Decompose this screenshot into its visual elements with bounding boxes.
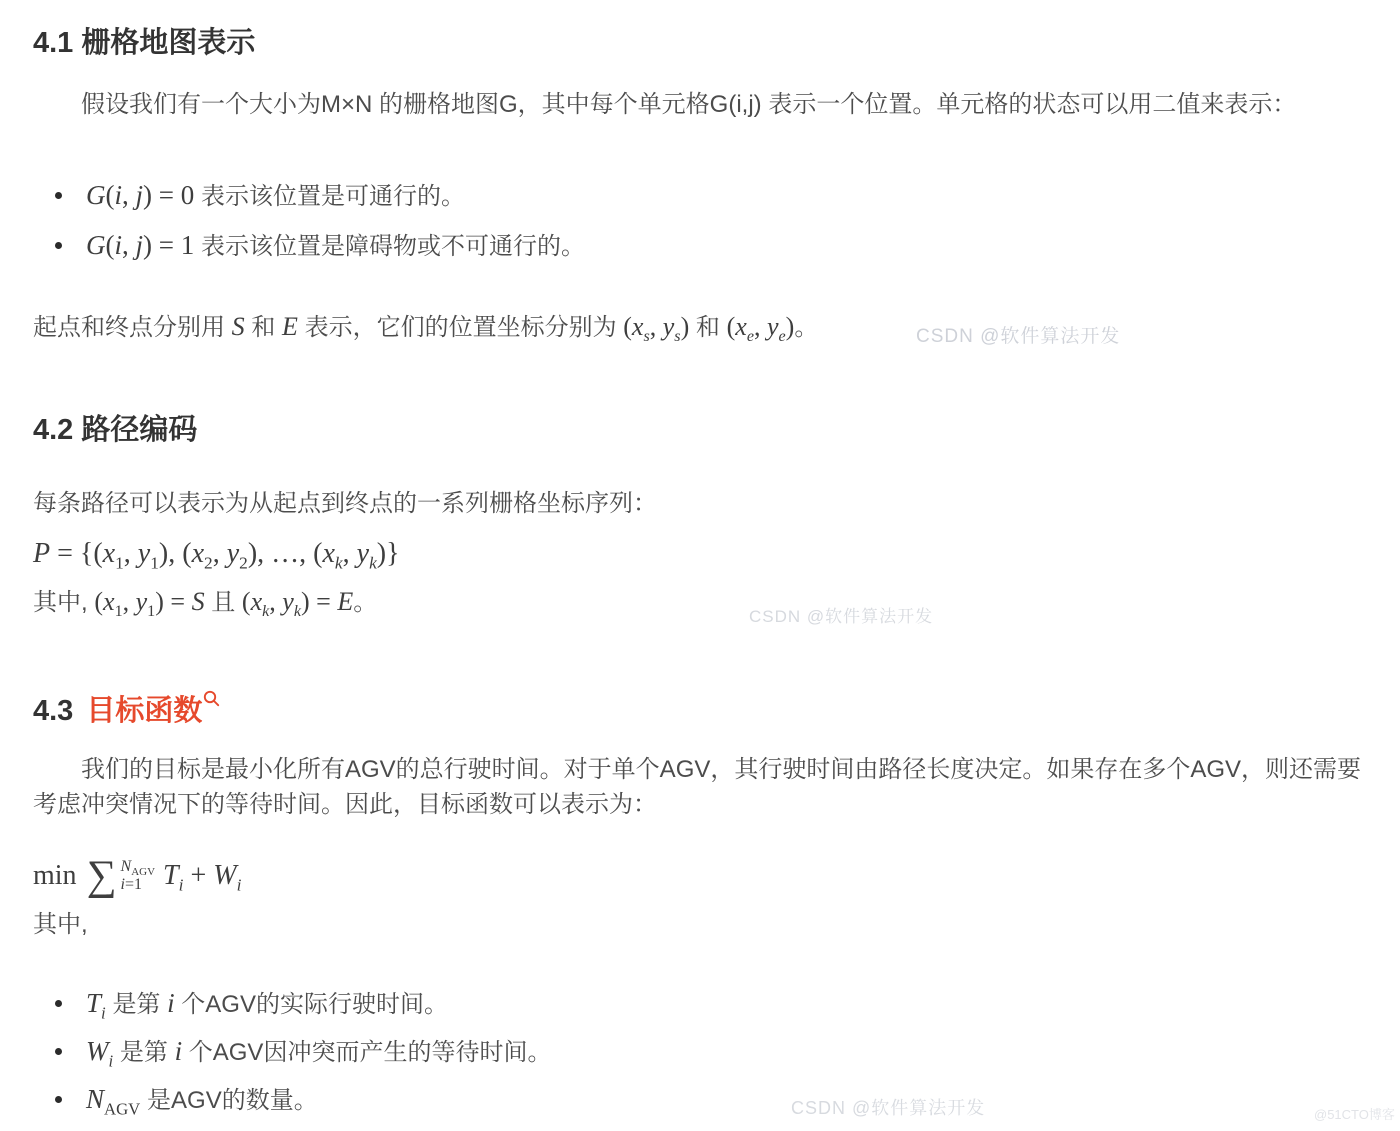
section-heading-4-1: 4.1 栅格地图表示	[33, 24, 1380, 62]
para-path-encoding-intro: 每条路径可以表示为从起点到终点的一系列栅格坐标序列：	[33, 487, 1380, 521]
objective-formula: min ∑ NAGV i=1 Ti + Wi	[33, 850, 1380, 902]
para-objective-intro: 我们的目标是最小化所有AGV的总行驶时间。对于单个AGV，其行驶时间由路径长度决…	[33, 752, 1380, 822]
list-item-travel-time: Ti 是第 i 个AGV的实际行驶时间。	[53, 984, 1380, 1024]
article-page: 4.1 栅格地图表示 假设我们有一个大小为M×N 的栅格地图G，其中每个单元格G…	[0, 0, 1400, 1131]
list-item-grid-free: G(i, j) = 0 表示该位置是可通行的。	[53, 176, 1380, 216]
section-heading-4-2: 4.2 路径编码	[33, 411, 1380, 449]
sum-upper-limit: NAGV	[121, 858, 156, 876]
list-item-grid-obstacle: G(i, j) = 1 表示该位置是障碍物或不可通行的。	[53, 226, 1380, 266]
para-grid-map-intro: 假设我们有一个大小为M×N 的栅格地图G，其中每个单元格G(i,j) 表示一个位…	[33, 88, 1378, 122]
heading-link-objective[interactable]: 目标函数	[86, 695, 202, 727]
para-start-end-points: 起点和终点分别用 S 和 E 表示，它们的位置坐标分别为 (xs, ys) 和 …	[33, 306, 1380, 349]
objective-terms: Ti + Wi	[163, 855, 241, 897]
section-heading-4-3: 4.3目标函数	[33, 692, 1380, 730]
list-item-agv-count: NAGV 是AGV的数量。	[53, 1080, 1380, 1120]
para-path-where: 其中, (x1, y1) = S 且 (xk, yk) = E。	[33, 581, 1380, 624]
summation-symbol: ∑ NAGV i=1	[87, 855, 155, 897]
path-formula: P = {(x1, y1), (x2, y2), …, (xk, yk)}	[33, 533, 1380, 575]
summation-limits: NAGV i=1	[121, 858, 156, 893]
list-item-wait-time: Wi 是第 i 个AGV因冲突而产生的等待时间。	[53, 1032, 1380, 1072]
sigma-glyph: ∑	[87, 855, 117, 897]
min-operator: min	[33, 855, 77, 897]
objective-terms-list: Ti 是第 i 个AGV的实际行驶时间。 Wi 是第 i 个AGV因冲突而产生的…	[33, 984, 1380, 1120]
sum-lower-limit: i=1	[121, 876, 156, 894]
search-icon[interactable]	[203, 690, 220, 707]
grid-state-list: G(i, j) = 0 表示该位置是可通行的。 G(i, j) = 1 表示该位…	[33, 176, 1380, 266]
para-objective-where: 其中,	[33, 908, 1380, 942]
heading-number: 4.3	[33, 695, 73, 727]
